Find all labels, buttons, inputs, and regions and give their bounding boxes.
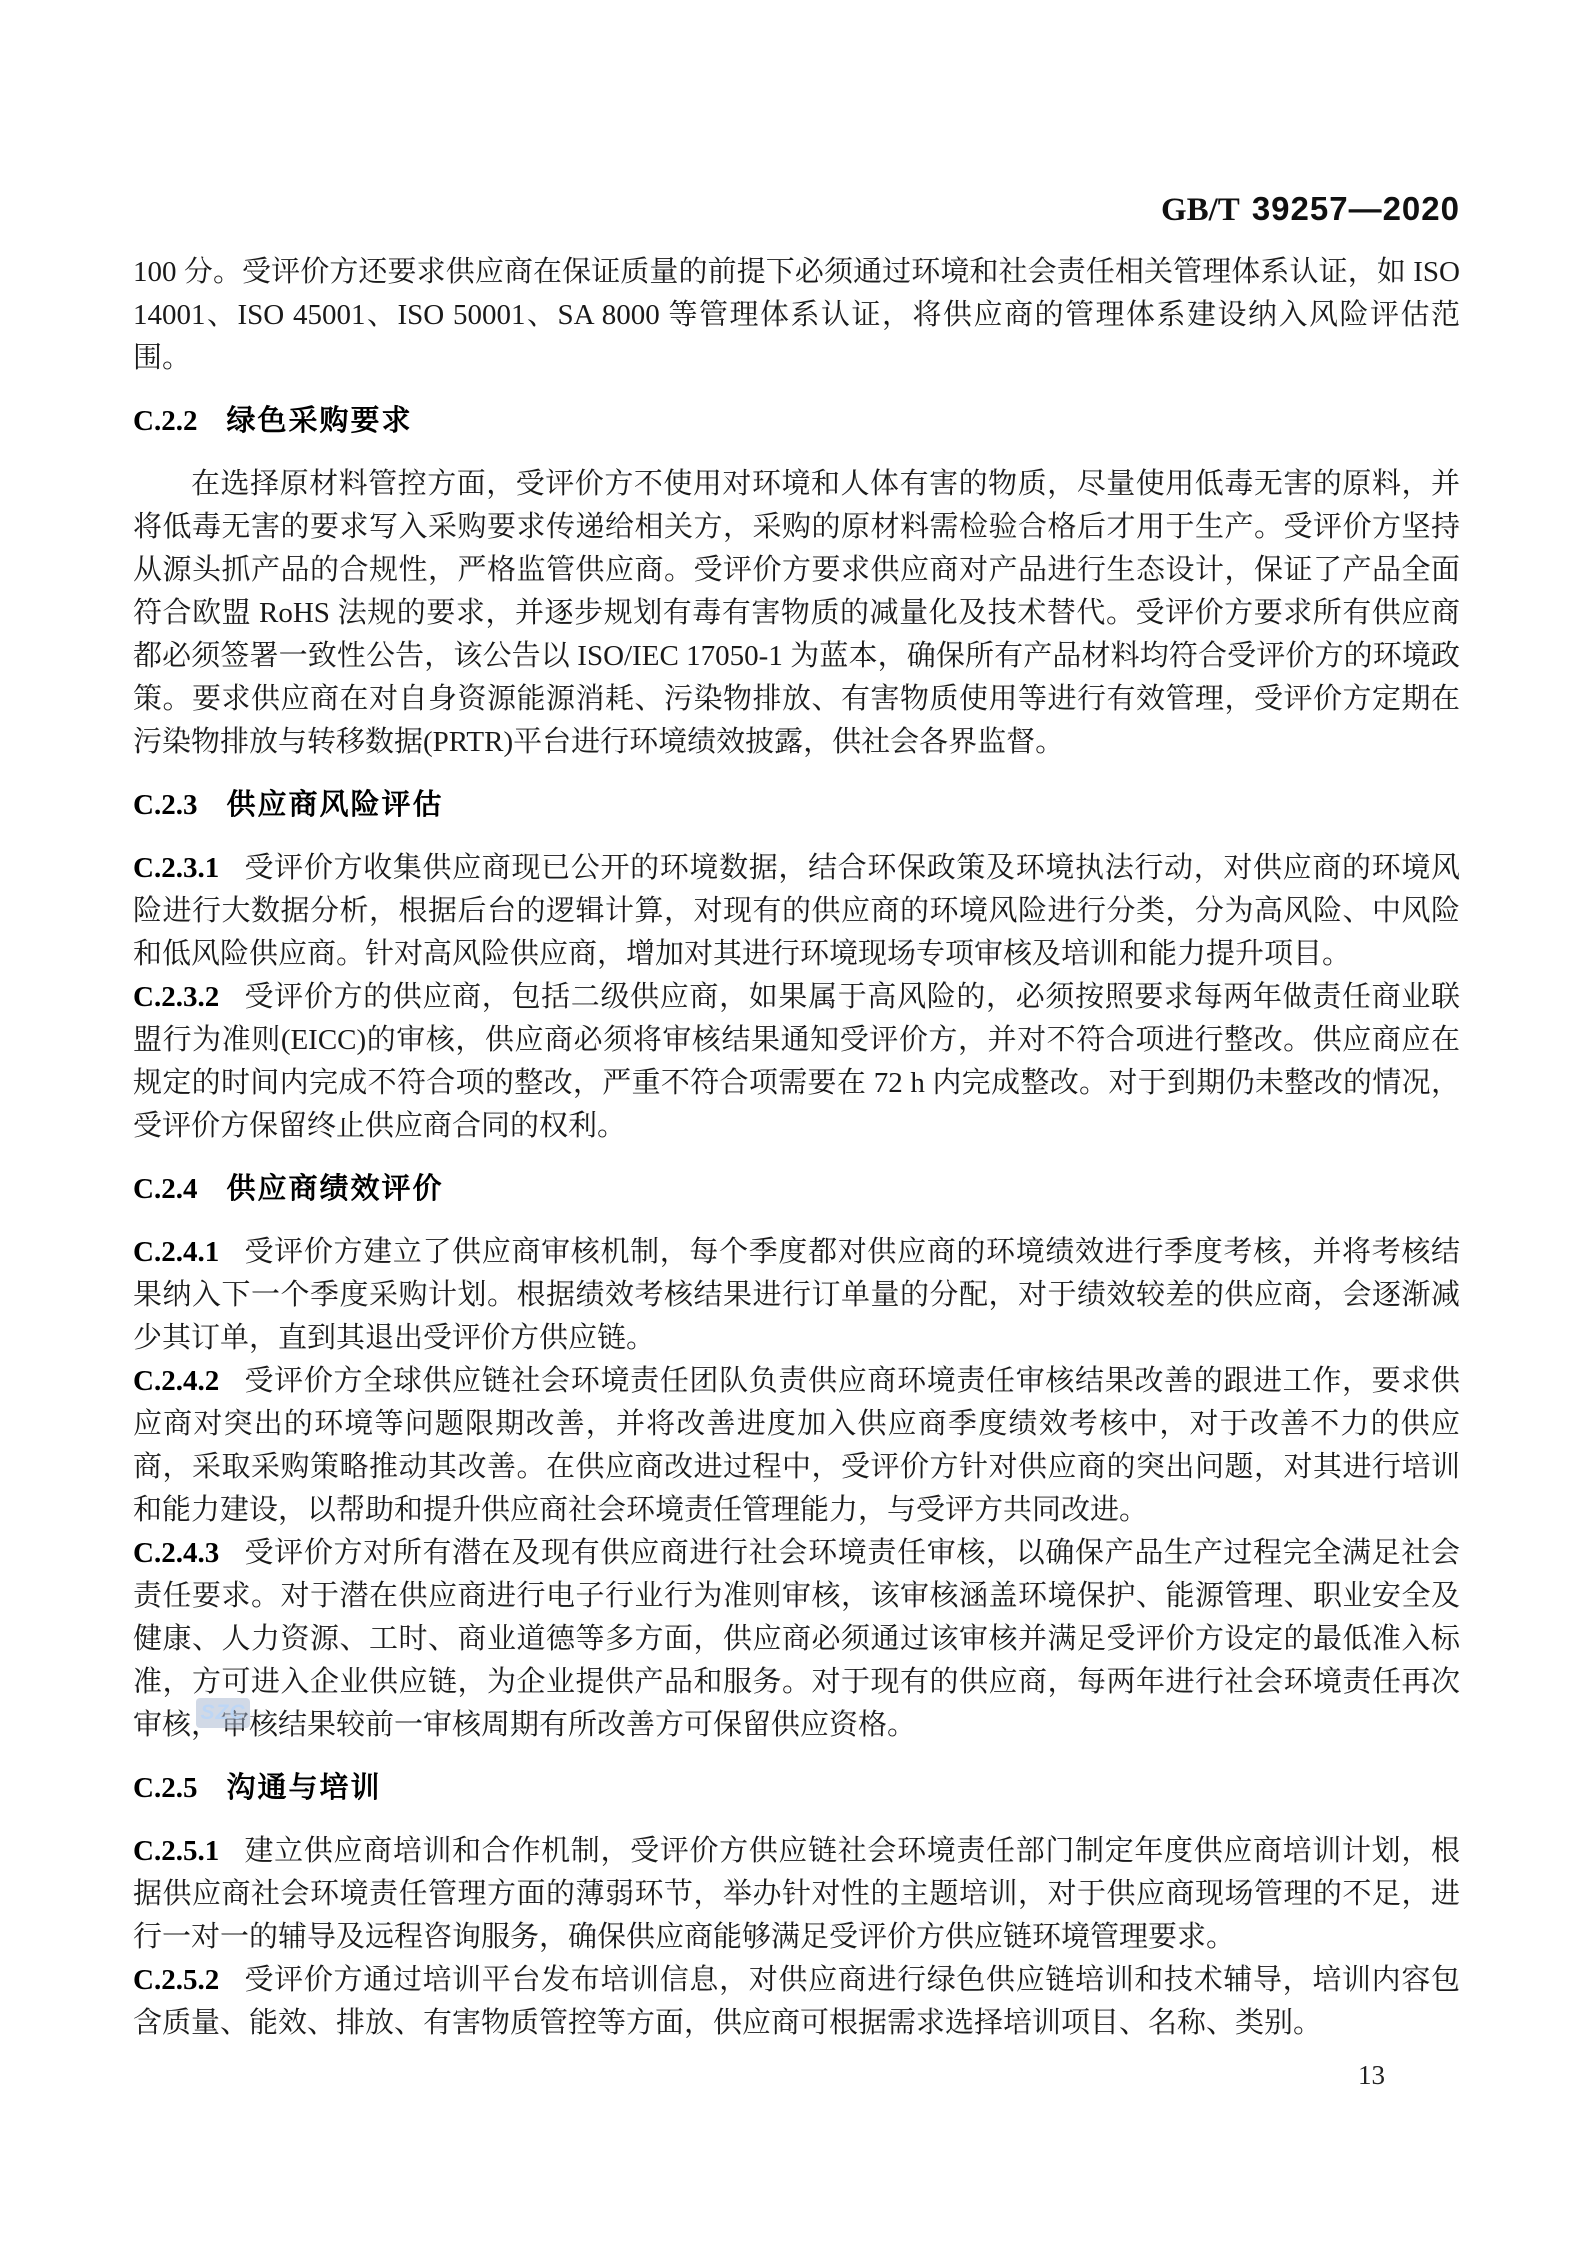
body-paragraph: 100 分。受评价方还要求供应商在保证质量的前提下必须通过环境和社会责任相关管理… bbox=[133, 251, 1460, 380]
clause-number: C.2.4.3 bbox=[133, 1537, 219, 1569]
section-heading: C.2.4供应商绩效评价 bbox=[133, 1168, 1460, 1211]
standard-number-header: GB/T39257—2020 bbox=[1161, 190, 1460, 229]
section-heading: C.2.5沟通与培训 bbox=[133, 1767, 1460, 1810]
standard-prefix: GB/T bbox=[1161, 192, 1240, 228]
clause-number: C.2.4.1 bbox=[133, 1236, 219, 1268]
clause-number: C.2.5.2 bbox=[133, 1964, 219, 1996]
watermark-badge: SZC bbox=[196, 1698, 250, 1728]
document-body: 100 分。受评价方还要求供应商在保证质量的前提下必须通过环境和社会责任相关管理… bbox=[133, 251, 1460, 2045]
clause-number: C.2.3.1 bbox=[133, 852, 219, 884]
section-number: C.2.5 bbox=[133, 1772, 197, 1804]
body-paragraph: C.2.3.2受评价方的供应商，包括二级供应商，如果属于高风险的，必须按照要求每… bbox=[133, 976, 1460, 1148]
paragraph-text: 受评价方的供应商，包括二级供应商，如果属于高风险的，必须按照要求每两年做责任商业… bbox=[133, 981, 1460, 1142]
paragraph-text: 建立供应商培训和合作机制，受评价方供应链社会环境责任部门制定年度供应商培训计划，… bbox=[133, 1835, 1460, 1953]
paragraph-text: 受评价方全球供应链社会环境责任团队负责供应商环境责任审核结果改善的跟进工作，要求… bbox=[133, 1365, 1460, 1526]
body-paragraph: C.2.5.1建立供应商培训和合作机制，受评价方供应链社会环境责任部门制定年度供… bbox=[133, 1830, 1460, 1959]
section-title: 供应商风险评估 bbox=[226, 789, 443, 821]
standard-code: 39257—2020 bbox=[1252, 190, 1460, 227]
body-paragraph: C.2.3.1受评价方收集供应商现已公开的环境数据，结合环保政策及环境执法行动，… bbox=[133, 847, 1460, 976]
body-paragraph: C.2.4.3受评价方对所有潜在及现有供应商进行社会环境责任审核，以确保产品生产… bbox=[133, 1532, 1460, 1747]
document-page: GB/T39257—2020 100 分。受评价方还要求供应商在保证质量的前提下… bbox=[0, 0, 1587, 2245]
section-title: 沟通与培训 bbox=[226, 1772, 381, 1804]
body-paragraph: C.2.4.2受评价方全球供应链社会环境责任团队负责供应商环境责任审核结果改善的… bbox=[133, 1360, 1460, 1532]
section-number: C.2.3 bbox=[133, 789, 197, 821]
clause-number: C.2.5.1 bbox=[133, 1835, 219, 1867]
body-paragraph: C.2.5.2受评价方通过培训平台发布培训信息，对供应商进行绿色供应链培训和技术… bbox=[133, 1959, 1460, 2045]
section-number: C.2.4 bbox=[133, 1173, 197, 1205]
paragraph-text: 100 分。受评价方还要求供应商在保证质量的前提下必须通过环境和社会责任相关管理… bbox=[133, 256, 1460, 374]
section-title: 供应商绩效评价 bbox=[226, 1173, 443, 1205]
paragraph-text: 受评价方收集供应商现已公开的环境数据，结合环保政策及环境执法行动，对供应商的环境… bbox=[133, 852, 1460, 970]
paragraph-text: 受评价方通过培训平台发布培训信息，对供应商进行绿色供应链培训和技术辅导，培训内容… bbox=[133, 1964, 1460, 2039]
section-heading: C.2.2绿色采购要求 bbox=[133, 400, 1460, 443]
section-number: C.2.2 bbox=[133, 405, 197, 437]
paragraph-text: 受评价方建立了供应商审核机制，每个季度都对供应商的环境绩效进行季度考核，并将考核… bbox=[133, 1236, 1460, 1354]
page-number: 13 bbox=[1358, 2060, 1385, 2091]
body-paragraph: 在选择原材料管控方面，受评价方不使用对环境和人体有害的物质，尽量使用低毒无害的原… bbox=[133, 463, 1460, 764]
body-paragraph: C.2.4.1受评价方建立了供应商审核机制，每个季度都对供应商的环境绩效进行季度… bbox=[133, 1231, 1460, 1360]
clause-number: C.2.3.2 bbox=[133, 981, 219, 1013]
paragraph-text: 受评价方对所有潜在及现有供应商进行社会环境责任审核，以确保产品生产过程完全满足社… bbox=[133, 1537, 1460, 1741]
section-heading: C.2.3供应商风险评估 bbox=[133, 784, 1460, 827]
clause-number: C.2.4.2 bbox=[133, 1365, 219, 1397]
section-title: 绿色采购要求 bbox=[226, 405, 412, 437]
paragraph-text: 在选择原材料管控方面，受评价方不使用对环境和人体有害的物质，尽量使用低毒无害的原… bbox=[133, 468, 1460, 758]
